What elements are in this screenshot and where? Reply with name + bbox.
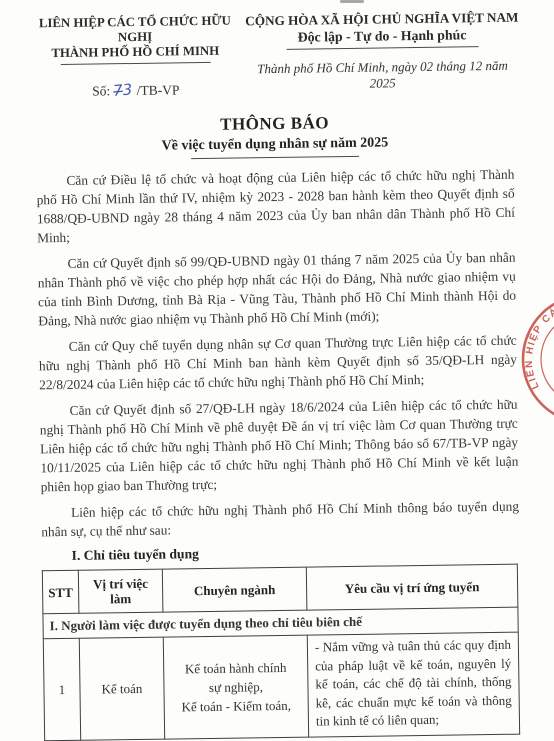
cell-major: Kế toán hành chínhsự nghiệp,Kế toán - Ki…	[163, 635, 308, 739]
national-header-block: CỘNG HÒA XÃ HỘI CHỦ NGHĨA VIỆT NAM Độc l…	[243, 10, 521, 98]
col-header-stt: STT	[42, 570, 79, 613]
official-stamp: LIÊN HIỆP CÁC TỔ CHỨC HỮU NGHỊ	[512, 284, 554, 434]
body-paragraph-4: Căn cứ Quyết định số 27/QĐ-LH ngày 18/6/…	[39, 395, 518, 497]
cell-position: Kế toán	[79, 637, 164, 740]
cell-requirements: - Nắm vững và tuân thủ các quy định của …	[307, 632, 519, 736]
doc-number-handwritten: 7̶3	[112, 80, 133, 100]
cell-stt: 1	[43, 638, 80, 740]
org-name-line2: THÀNH PHỐ HỒ CHÍ MINH	[27, 43, 245, 61]
title-block: THÔNG BÁO Về việc tuyển dụng nhân sự năm…	[0, 110, 552, 162]
col-header-position: Vị trí việc làm	[78, 569, 163, 613]
col-header-major: Chuyên ngành	[162, 567, 307, 612]
stamp-text: LIÊN HIỆP CÁC TỔ CHỨC HỮU NGHỊ	[523, 295, 554, 391]
col-header-requirements: Yêu cầu vị trí ứng tuyển	[306, 564, 518, 610]
table-header-row: STT Vị trí việc làm Chuyên ngành Yêu cầu…	[42, 564, 518, 614]
doc-number-suffix: /TB-VP	[137, 82, 180, 98]
doc-number-prefix: Số:	[92, 83, 110, 98]
section-heading-quota: I. Chỉ tiêu tuyển dụng	[42, 542, 520, 565]
notice-subtitle: Về việc tuyển dụng nhân sự năm 2025	[0, 133, 552, 157]
body-paragraph-2: Căn cứ Quyết định số 99/QĐ-UBND ngày 01 …	[37, 248, 516, 331]
place-date-line: Thành phố Hồ Chí Minh, ngày 02 tháng 12 …	[244, 58, 521, 94]
document-body: Căn cứ Điều lệ tổ chức và hoạt động của …	[0, 164, 554, 565]
org-name-line1: LIÊN HIỆP CÁC TỔ CHỨC HỮU NGHỊ	[26, 13, 244, 46]
recruitment-table: STT Vị trí việc làm Chuyên ngành Yêu cầu…	[42, 564, 520, 741]
body-paragraph-3: Căn cứ Quy chế tuyển dụng nhân sự Cơ qua…	[39, 331, 518, 395]
document-header: LIÊN HIỆP CÁC TỔ CHỨC HỮU NGHỊ THÀNH PHỐ…	[0, 0, 551, 101]
document-number: Số:7̶3 /TB-VP	[27, 79, 245, 100]
org-underline	[60, 62, 210, 65]
subtitle-underline	[191, 156, 359, 159]
stamp-graphic: LIÊN HIỆP CÁC TỔ CHỨC HỮU NGHỊ	[512, 284, 554, 434]
issuing-org-block: LIÊN HIỆP CÁC TỔ CHỨC HỮU NGHỊ THÀNH PHỐ…	[26, 13, 245, 100]
body-paragraph-1: Căn cứ Điều lệ tổ chức và hoạt động của …	[36, 165, 515, 248]
table-row: 1 Kế toán Kế toán hành chínhsự nghiệp,Kế…	[43, 632, 519, 740]
document-sheet: LIÊN HIỆP CÁC TỔ CHỨC HỮU NGHỊ THÀNH PHỐ…	[0, 0, 554, 741]
body-paragraph-5: Liên hiệp các tổ chức hữu nghị Thành phố…	[41, 497, 519, 542]
motto-underline	[286, 46, 478, 50]
svg-text:LIÊN HIỆP CÁC TỔ CHỨC HỮU NGHỊ: LIÊN HIỆP CÁC TỔ CHỨC HỮU NGHỊ	[523, 295, 554, 391]
